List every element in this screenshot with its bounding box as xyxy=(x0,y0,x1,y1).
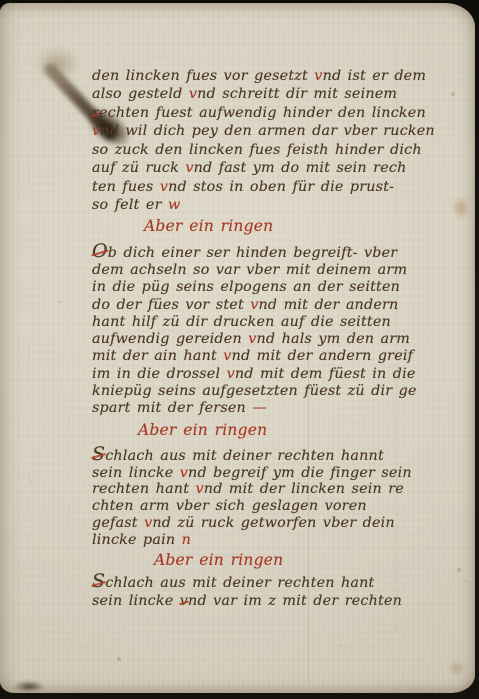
section: den lincken fues vor gesetzt vnd ist er … xyxy=(92,67,444,215)
text-line: auf zü ruck vnd fast ym do mit sein rech xyxy=(92,159,444,177)
text-line: so zuck den lincken fues feisth hinder d… xyxy=(92,141,444,159)
text-line: sein lincke vnd var im z mit der rechten xyxy=(92,592,444,610)
rubric-mark: v xyxy=(92,123,100,139)
rubricated-letter: O xyxy=(92,242,108,261)
rubric-mark: v xyxy=(196,481,204,497)
paragraph: Ob dich einer ser hinden begreift- vberd… xyxy=(92,242,444,418)
rubricated-letter: r xyxy=(92,104,99,122)
rubric-mark: v xyxy=(189,86,197,102)
rubricated-letter: S xyxy=(92,445,105,464)
rubric-mark: v xyxy=(180,465,188,481)
paragraph: Schlach aus mit deiner rechten hantsein … xyxy=(92,572,444,610)
text-line: lincke pain n xyxy=(92,532,444,549)
rubric-heading: Aber ein ringen xyxy=(144,217,444,236)
rubric-mark: — xyxy=(252,400,267,416)
text-line: gefast vnd zü ruck getworfen vber dein xyxy=(92,515,444,532)
rubric-mark: v xyxy=(314,68,322,84)
text-block: den lincken fues vor gesetzt vnd ist er … xyxy=(92,67,444,610)
rubric-mark: v xyxy=(223,348,231,364)
section: Aber ein ringenOb dich einer ser hinden … xyxy=(92,217,444,418)
rubric-mark: v xyxy=(227,366,235,382)
text-line: kniepüg seins aufgesetzten füest zü dir … xyxy=(92,383,444,400)
manuscript-page: den lincken fues vor gesetzt vnd ist er … xyxy=(0,3,475,693)
text-line: hant hilf zü dir drucken auf die seitten xyxy=(92,314,444,331)
rubric-mark: v xyxy=(248,331,256,347)
text-line: Schlach aus mit deiner rechten hannt xyxy=(92,445,444,465)
text-line: do der fües vor stet vnd mit der andern xyxy=(92,297,444,314)
parchment-stain xyxy=(13,681,45,692)
paragraph: Schlach aus mit deiner rechten hanntsein… xyxy=(92,445,444,549)
text-line: mit der ain hant vnd mit der andern grei… xyxy=(92,348,444,365)
text-line: dem achseln so var vber mit deinem arm xyxy=(92,262,444,279)
text-line: chten arm vber sich geslagen voren xyxy=(92,498,444,515)
dirt-speckles xyxy=(0,3,2,5)
parchment-stain xyxy=(452,197,470,219)
section: Aber ein ringenSchlach aus mit deiner re… xyxy=(92,551,444,610)
text-line: ten fues vnd stos in oben für die prust- xyxy=(92,178,444,196)
text-line: aufwendig gereiden vnd hals ym den arm xyxy=(92,331,444,348)
parchment-stain xyxy=(448,661,466,676)
text-line: so felt er w xyxy=(92,196,444,214)
text-line: sein lincke vnd begreif ym die finger se… xyxy=(92,465,444,482)
text-line: im in die drossel vnd mit dem füest in d… xyxy=(92,366,444,383)
rubric-mark: v xyxy=(185,160,193,176)
text-line: Schlach aus mit deiner rechten hant xyxy=(92,572,444,592)
text-line: vnd wil dich pey den armen dar vber ruck… xyxy=(92,122,444,140)
text-line: also gesteld vnd schreitt dir mit seinem xyxy=(92,85,444,103)
text-line: rechten hant vnd mit der lincken sein re xyxy=(92,481,444,498)
rubricated-letter: v xyxy=(180,592,188,610)
rubric-mark: w xyxy=(168,197,180,213)
rubricated-letter: S xyxy=(92,572,105,591)
manuscript-photo: den lincken fues vor gesetzt vnd ist er … xyxy=(0,0,479,699)
text-line: in die püg seins elpogens an der seitten xyxy=(92,279,444,296)
paragraph: den lincken fues vor gesetzt vnd ist er … xyxy=(92,67,444,215)
text-line: Ob dich einer ser hinden begreift- vber xyxy=(92,242,444,262)
rubric-mark: v xyxy=(144,515,152,531)
text-line: den lincken fues vor gesetzt vnd ist er … xyxy=(92,67,444,85)
rubric-heading: Aber ein ringen xyxy=(138,421,444,440)
text-line: rechten fuest aufwendig hinder den linck… xyxy=(92,104,444,122)
rubric-heading: Aber ein ringen xyxy=(154,551,444,570)
text-line: spart mit der fersen — xyxy=(92,400,444,417)
rubric-mark: n xyxy=(182,532,191,548)
section: Aber ein ringenSchlach aus mit deiner re… xyxy=(92,421,444,549)
rubric-mark: v xyxy=(250,297,258,313)
rubric-mark: v xyxy=(160,179,168,195)
